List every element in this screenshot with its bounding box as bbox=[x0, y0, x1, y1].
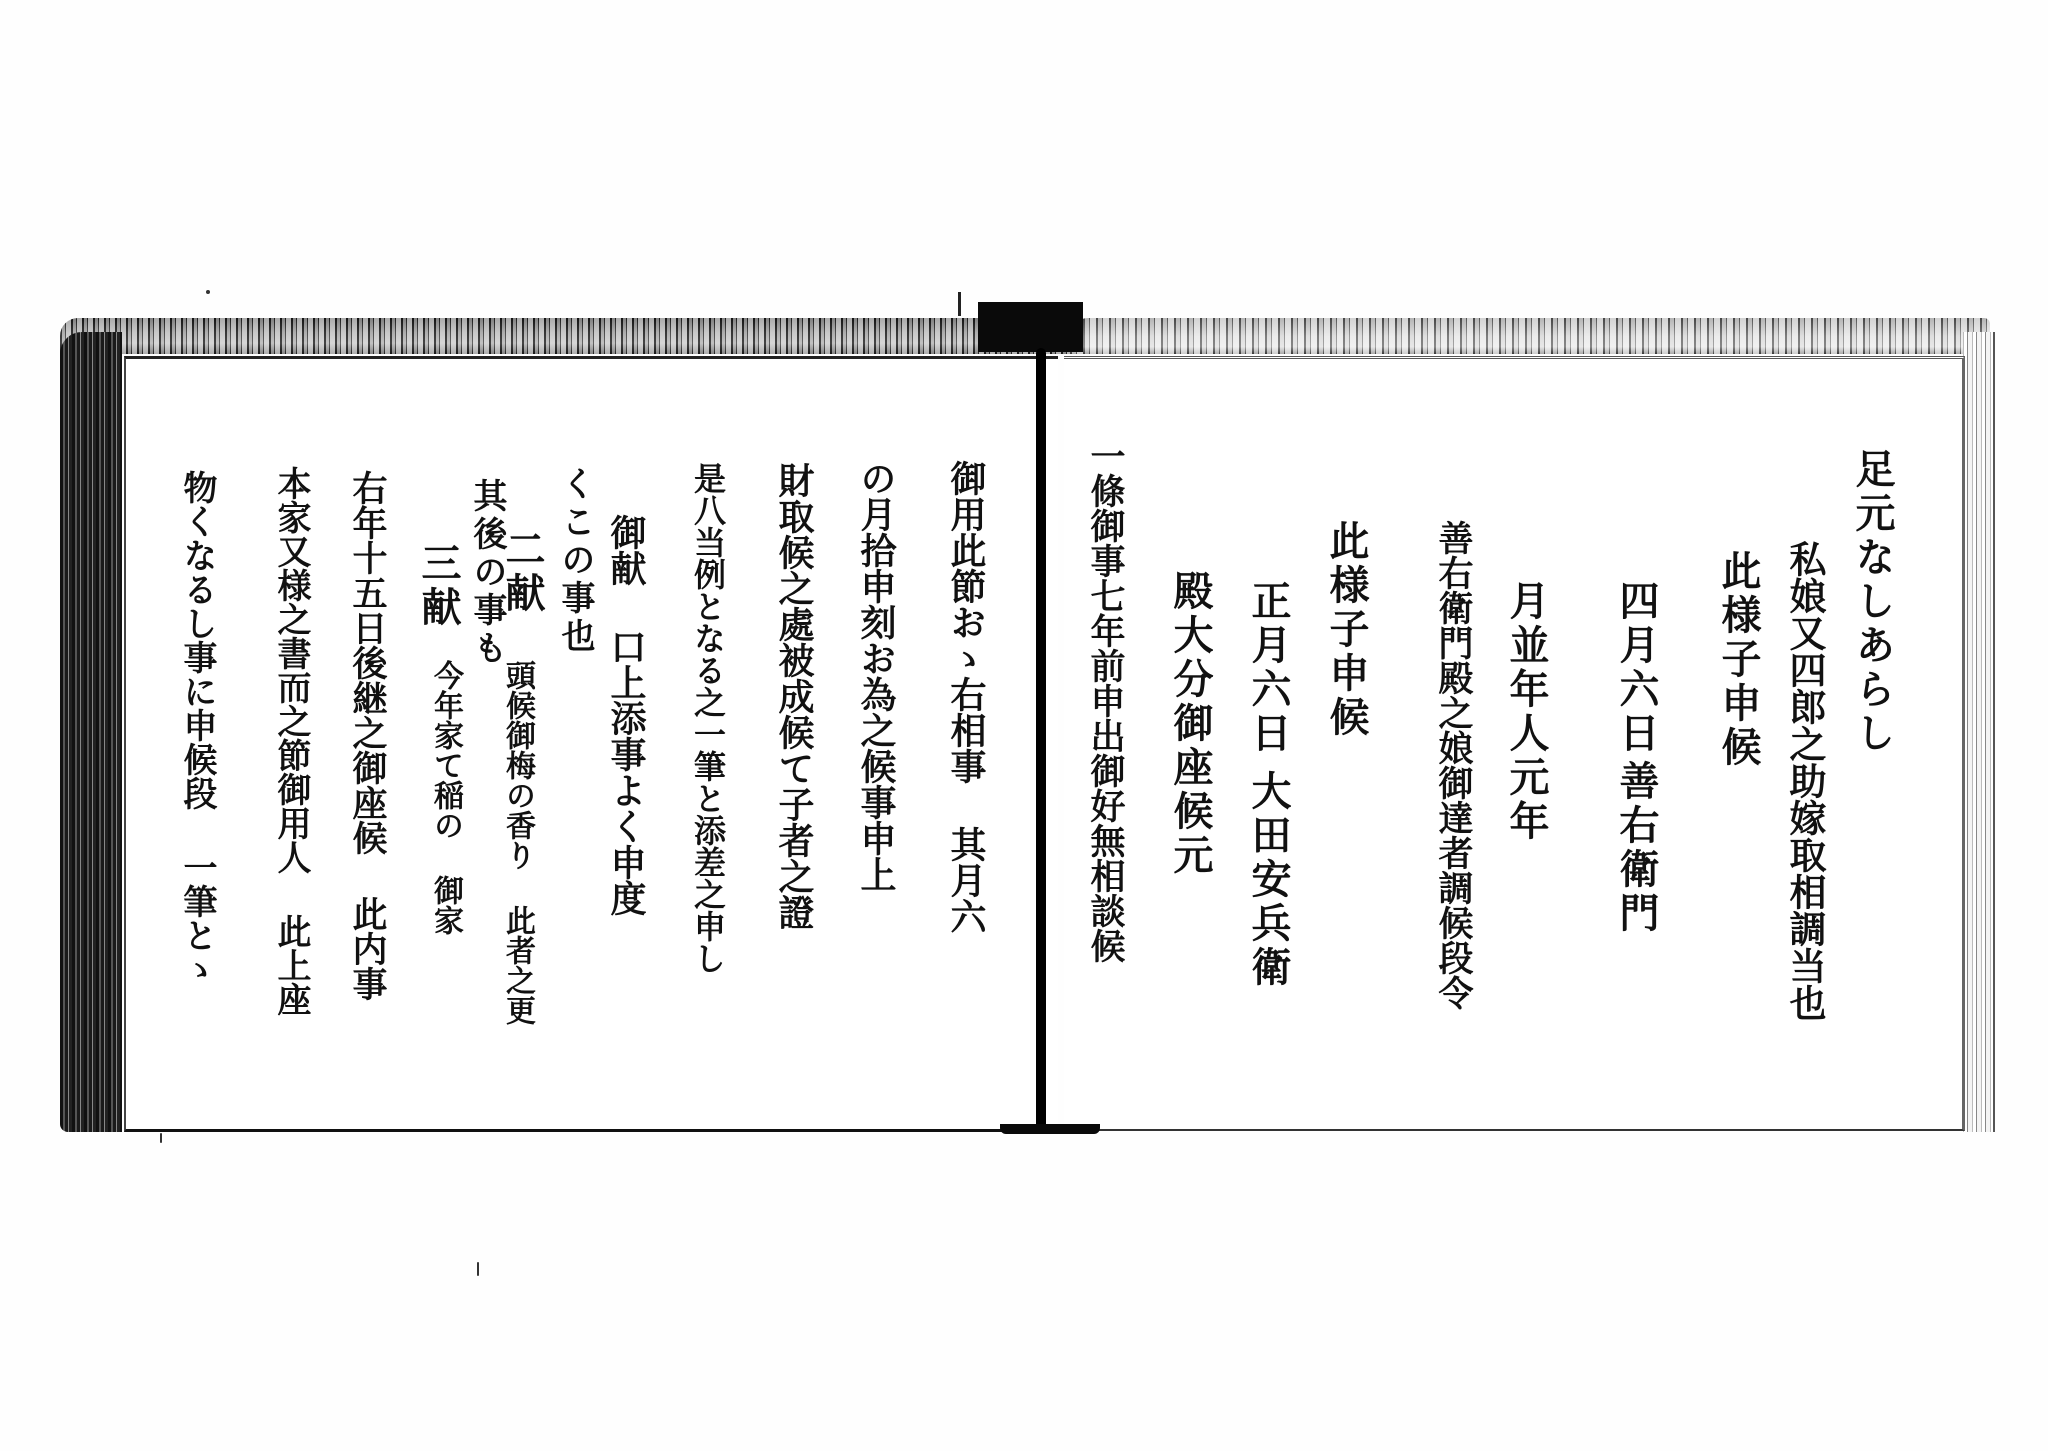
text-column: 足元なしあらし bbox=[1852, 448, 1892, 756]
scanned-page: 足元なしあらし 私娘又四郎之助嫁取相調当也 此様子申候 四月六日 善右衛門 月並… bbox=[0, 0, 2048, 1451]
book-top-edge-left bbox=[60, 318, 1070, 354]
text-column: くこの事也 bbox=[558, 466, 592, 656]
text-column: 此様子申候 bbox=[1718, 550, 1758, 770]
text-column: の月拾申刻お為之候事申上 bbox=[858, 460, 894, 892]
text-column: 右年十五日後継之御座候 此内事 bbox=[350, 470, 385, 1001]
text-column: 本家又様之書而之節御用人 此上座 bbox=[274, 466, 308, 1016]
text-column: 月並年人元年 bbox=[1506, 580, 1546, 844]
text-column: 正月六日 bbox=[1248, 580, 1288, 756]
book-top-edge-right bbox=[1070, 318, 1990, 354]
text-column: 四月六日 bbox=[1616, 580, 1656, 756]
text-column: 頭候御梅の香り 此者之更 bbox=[502, 660, 532, 1025]
text-column: 大田安兵衛 bbox=[1248, 770, 1288, 990]
center-gutter bbox=[1036, 348, 1046, 1132]
text-column: 是八当例となる之一筆と添差之申し bbox=[692, 462, 724, 974]
text-column: 今年家て稲の 御家 bbox=[430, 660, 460, 935]
text-column: 善右衛門殿之娘御達者調候段令 bbox=[1436, 520, 1471, 1010]
text-column: 御用此節おゝ右相事 其月六 bbox=[948, 460, 984, 934]
spine-binding-bottom bbox=[1000, 1124, 1100, 1134]
left-page-stack bbox=[60, 332, 122, 1132]
text-column: 財取候之處被成候て子者之證 bbox=[776, 462, 812, 930]
stray-mark bbox=[160, 1133, 162, 1143]
text-column: 三献 bbox=[418, 542, 458, 630]
text-column: 二献 bbox=[502, 528, 542, 616]
text-column: 此様子申候 bbox=[1326, 520, 1366, 740]
text-column: 其後の事も bbox=[470, 478, 504, 668]
text-column: 善右衛門 bbox=[1616, 760, 1656, 936]
text-column: 御献 口上添事よく申度 bbox=[608, 514, 644, 916]
text-column: 物くなるし事に申候段 一筆とゝ bbox=[180, 470, 214, 986]
right-page-stack bbox=[1963, 332, 1995, 1132]
text-column: 私娘又四郎之助嫁取相調当也 bbox=[1786, 540, 1823, 1021]
stray-mark bbox=[206, 290, 210, 294]
spine-binding-top bbox=[978, 302, 1083, 352]
text-column: 殿大分御座候元 bbox=[1170, 570, 1210, 878]
stray-mark bbox=[477, 1262, 479, 1276]
text-column: 一條御事七年前申出御好無相談候 bbox=[1088, 438, 1123, 963]
